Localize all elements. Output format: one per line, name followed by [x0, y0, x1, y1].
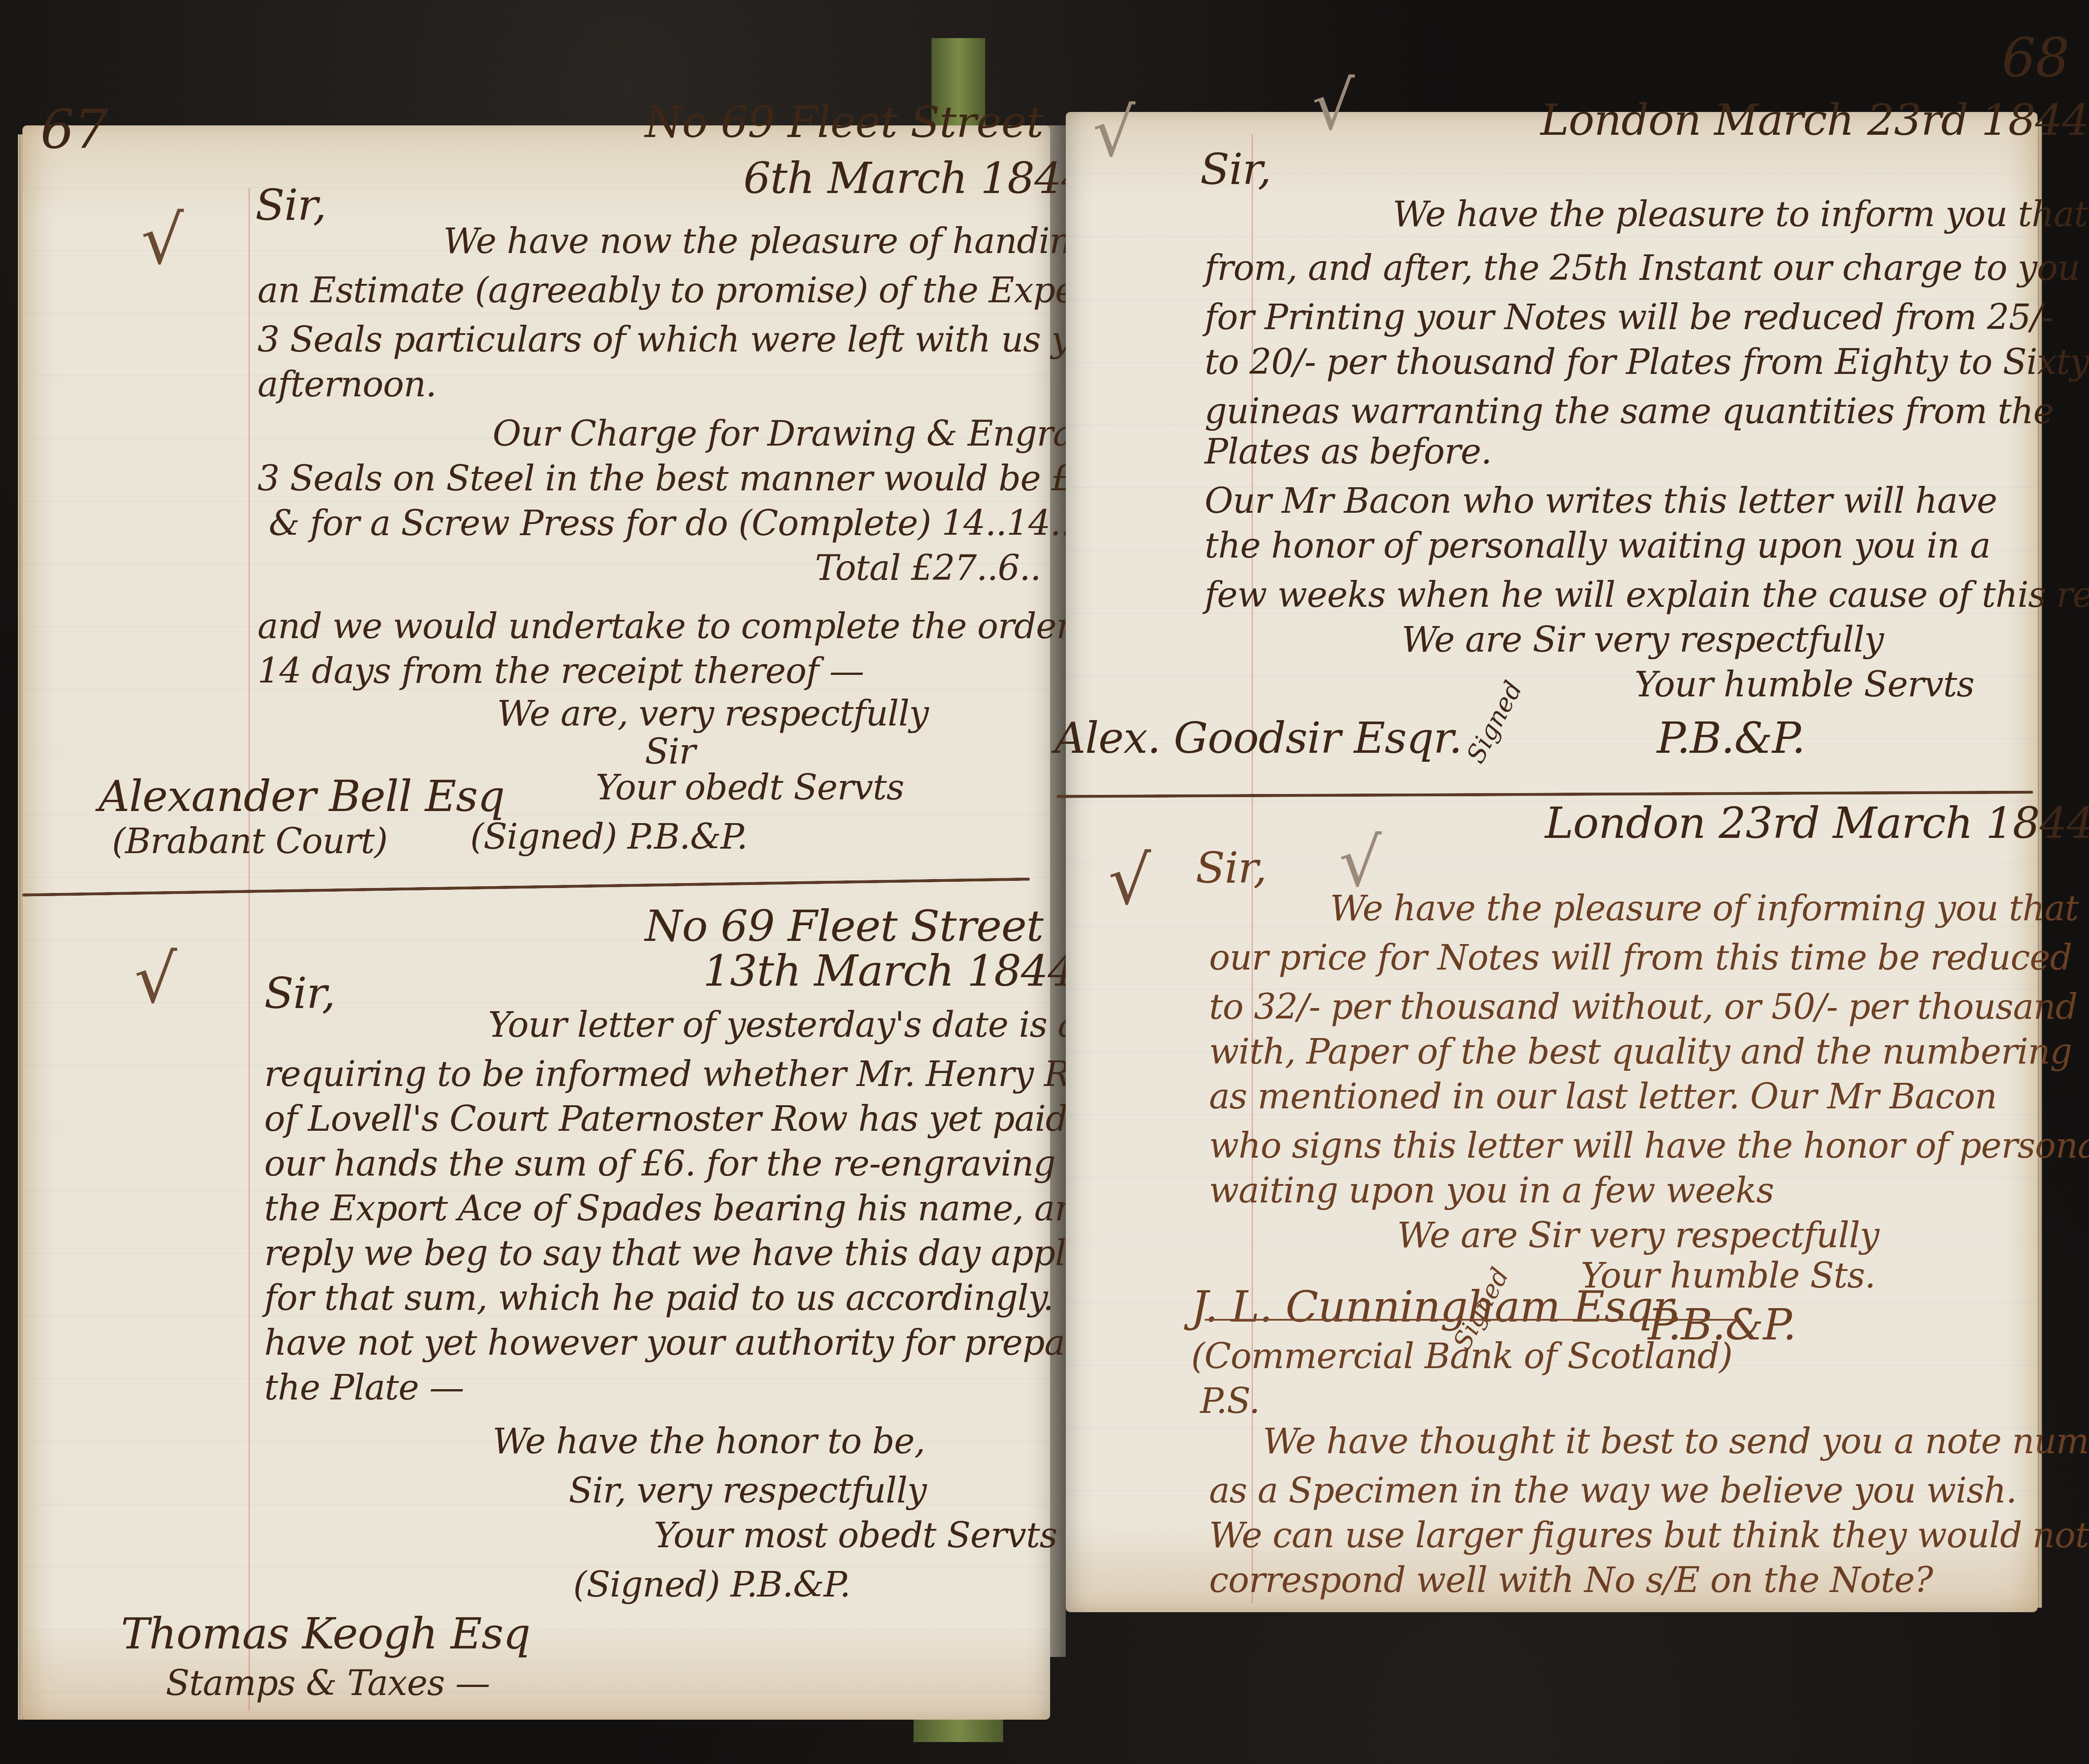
- letter-salutation: Sir,: [1200, 148, 1271, 191]
- letter-line: and we would undertake to complete the o…: [257, 609, 1116, 644]
- check-mark-icon: √: [1093, 94, 1136, 172]
- letter-line: guineas warranting the same quantities f…: [1205, 394, 2054, 429]
- letter-line: We have the pleasure to inform you that: [1393, 197, 2088, 232]
- letter-recipient-sub: (Commercial Bank of Scotland): [1191, 1339, 1733, 1374]
- letter-line: to 20/- per thousand for Plates from Eig…: [1205, 345, 2089, 380]
- letter-signature: P.B.&P.: [1657, 717, 1805, 760]
- letter-line: from, and after, the 25th Instant our ch…: [1205, 251, 2080, 286]
- letter-line: We have now the pleasure of handing you: [443, 224, 1166, 259]
- letter-line: Our Mr Bacon who writes this letter will…: [1205, 484, 1997, 519]
- letter-dateline: London 23rd March 1844.: [1545, 802, 2089, 845]
- postscript-divider: [1205, 1319, 1737, 1321]
- letter-line: our price for Notes will from this time …: [1209, 940, 2072, 975]
- letter-recipient: J. L. Cunningham Esqr.: [1191, 1285, 1681, 1328]
- letter-line: as mentioned in our last letter. Our Mr …: [1209, 1079, 1997, 1114]
- check-mark-icon: √: [1312, 67, 1355, 145]
- check-mark-icon: √: [1108, 842, 1151, 920]
- letter-dateline: London March 23rd 1844: [1540, 99, 2089, 142]
- letter-recipient-sub: (Brabant Court): [112, 824, 387, 859]
- letter-line: our hands the sum of £6. for the re-engr…: [264, 1146, 1099, 1181]
- letter-date: 6th March 1844: [743, 157, 1088, 200]
- letter-line: have not yet however your authority for …: [264, 1326, 1136, 1361]
- left-page-number: 67: [40, 103, 108, 157]
- letter-address: No 69 Fleet Street: [645, 101, 1043, 144]
- letter-address: No 69 Fleet Street: [645, 905, 1043, 948]
- letter-line: Plates as before.: [1205, 434, 1492, 469]
- letter-line: who signs this letter will have the hono…: [1209, 1129, 2089, 1163]
- postscript-line: correspond well with No s/E on the Note?: [1209, 1563, 1933, 1598]
- letter-line: & for a Screw Press for do (Complete) 14…: [269, 506, 1071, 541]
- letter-salutation: Sir,: [1196, 846, 1266, 889]
- letter-line: of Lovell's Court Paternoster Row has ye…: [264, 1102, 1145, 1137]
- letter-recipient-sub: Stamps & Taxes —: [166, 1666, 490, 1701]
- letter-line: to 32/- per thousand without, or 50/- pe…: [1209, 990, 2077, 1025]
- letter-line: with, Paper of the best quality and the …: [1209, 1034, 2072, 1069]
- check-mark-icon: √: [141, 202, 184, 279]
- letter-recipient: Thomas Keogh Esq: [121, 1612, 530, 1655]
- letter-line: Our Charge for Drawing & Engraving: [493, 416, 1147, 451]
- letter-date: 13th March 1844: [703, 949, 1075, 992]
- letter-line: waiting upon you in a few weeks: [1209, 1173, 1774, 1208]
- postscript-label: P.S.: [1200, 1384, 1260, 1419]
- letter-line: the honor of personally waiting upon you…: [1205, 528, 1990, 563]
- letter-closing: We are, very respectfully: [497, 696, 928, 731]
- letter-closing: We are Sir very respectfully: [1397, 1218, 1879, 1253]
- letter-closing: Your obedt Servts: [596, 770, 904, 805]
- letter-line: 3 Seals on Steel in the best manner woul…: [257, 461, 1203, 496]
- letter-line: for that sum, which he paid to us accord…: [264, 1281, 1117, 1316]
- letter-salutation: Sir,: [264, 972, 335, 1015]
- letter-closing: We have the honor to be,: [493, 1424, 925, 1459]
- letter-signature: (Signed) P.B.&P.: [470, 820, 747, 854]
- postscript-line: as a Specimen in the way we believe you …: [1209, 1473, 2016, 1508]
- letter-closing: Your humble Servts: [1634, 667, 1974, 702]
- left-page-margin-rule: [249, 188, 250, 1711]
- letter-line: the Plate —: [264, 1370, 464, 1405]
- letter-line: few weeks when he will explain the cause…: [1205, 578, 2089, 613]
- letter-line: for Printing your Notes will be reduced …: [1205, 300, 2053, 335]
- letter-line: the Export Ace of Spades bearing his nam…: [264, 1191, 1142, 1226]
- letter-line: 14 days from the receipt thereof —: [257, 654, 864, 689]
- letter-closing: Sir, very respectfully: [569, 1473, 927, 1508]
- letter-line: afternoon.: [257, 367, 436, 402]
- check-mark-icon: √: [134, 940, 177, 1018]
- letter-total: Total £27..6..: [815, 551, 1041, 586]
- letter-closing: Your most obedt Servts: [654, 1518, 1057, 1553]
- letter-recipient: Alexander Bell Esq: [99, 775, 505, 818]
- letter-line: reply we beg to say that we have this da…: [264, 1236, 1119, 1271]
- letter-recipient: Alex. Goodsir Esqr.: [1055, 717, 1462, 760]
- postscript-line: We can use larger figures but think they…: [1209, 1518, 2089, 1553]
- postscript-line: We have thought it best to send you a no…: [1263, 1424, 2089, 1459]
- letter-closing: Sir: [645, 734, 695, 769]
- right-page-number: 68: [2002, 31, 2069, 85]
- letter-signature: (Signed) P.B.&P.: [573, 1567, 850, 1602]
- letter-line: We have the pleasure of informing you th…: [1330, 891, 2078, 926]
- letter-salutation: Sir,: [255, 184, 326, 227]
- letter-closing: We are Sir very respectfully: [1402, 622, 1883, 657]
- letter-line: an Estimate (agreeably to promise) of th…: [257, 273, 1179, 308]
